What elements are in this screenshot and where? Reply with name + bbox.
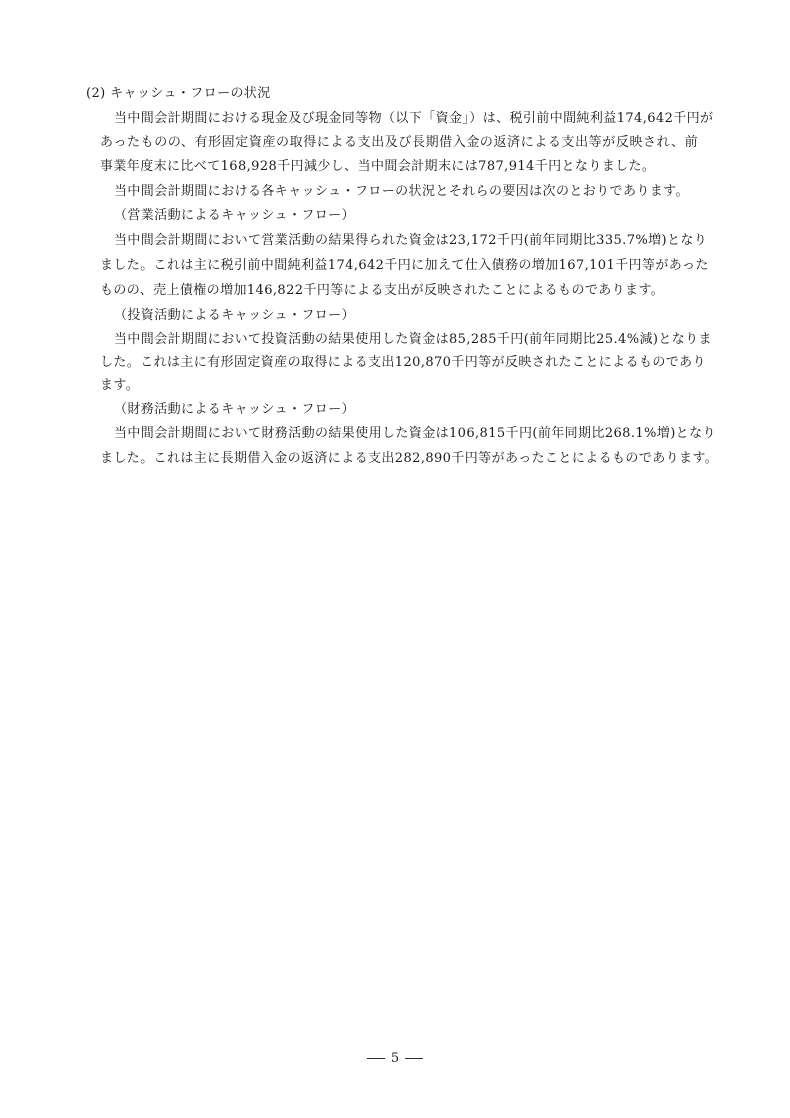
financing-line-1: 当中間会計期間において財務活動の結果使用した資金は106,815千円(前年同期比… <box>114 426 694 442</box>
operating-line-2: ました。これは主に税引前中間純利益174,642千円に加えて仕入債務の増加167… <box>100 258 694 274</box>
intro-line-4: 当中間会計期間における各キャッシュ・フローの状況とそれらの要因は次のとおりであり… <box>114 184 689 200</box>
intro-line-2: あったものの、有形固定資産の取得による支出及び長期借入金の返済による支出等が反映… <box>100 135 698 151</box>
financing-line-2: ました。これは主に長期借入金の返済による支出282,890千円等があったことによ… <box>100 451 700 467</box>
financing-heading: （財務活動によるキャッシュ・フロー） <box>114 402 355 418</box>
page-number: 5 <box>391 1051 399 1066</box>
investing-line-2: した。これは主に有形固定資産の取得による支出120,870千円等が反映されたこと… <box>100 355 694 371</box>
intro-line-3: 事業年度末に比べて168,928千円減少し、当中間会計期末には787,914千円… <box>100 159 655 175</box>
operating-line-1: 当中間会計期間において営業活動の結果得られた資金は23,172千円(前年同期比3… <box>114 233 694 249</box>
investing-heading: （投資活動によるキャッシュ・フロー） <box>114 308 355 324</box>
operating-line-3: ものの、売上債権の増加146,822千円等による支出が反映されたことによるもので… <box>100 283 664 299</box>
intro-line-1: 当中間会計期間における現金及び現金同等物（以下「資金」）は、税引前中間純利益17… <box>114 111 698 127</box>
page-footer: 5 <box>0 1051 790 1066</box>
dash-left <box>367 1058 385 1059</box>
investing-line-1: 当中間会計期間において投資活動の結果使用した資金は85,285千円(前年同期比2… <box>114 332 694 348</box>
investing-line-3: ます。 <box>100 378 139 394</box>
document-page: (2) キャッシュ・フローの状況 当中間会計期間における現金及び現金同等物（以下… <box>0 0 790 1118</box>
operating-heading: （営業活動によるキャッシュ・フロー） <box>114 208 355 224</box>
dash-right <box>405 1058 423 1059</box>
section-heading: (2) キャッシュ・フローの状況 <box>86 86 271 102</box>
